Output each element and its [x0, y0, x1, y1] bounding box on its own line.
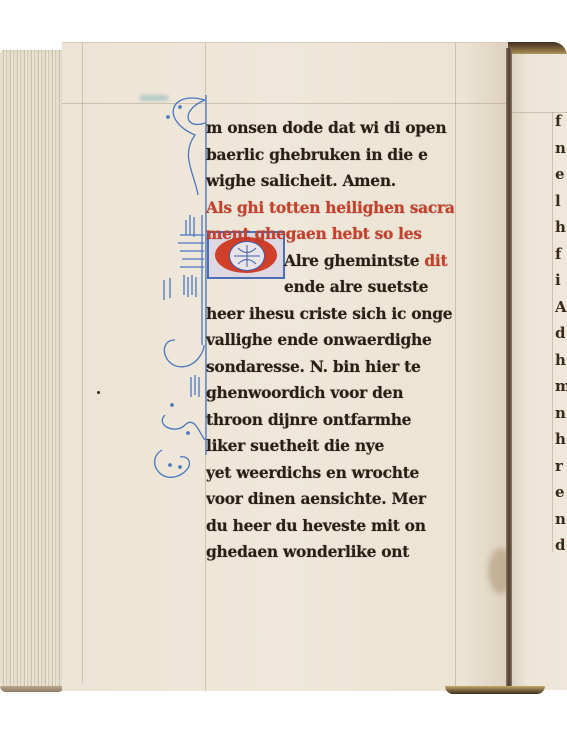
right-page-text-fragments: f n e l h f i A d h m n h r e n d — [555, 108, 567, 559]
text-line: du heer du heveste mit on — [206, 513, 454, 540]
ruling-line — [62, 103, 508, 104]
text-line: ghenwoordich voor den — [206, 380, 454, 407]
text-line: wighe salicheit. Amen. — [206, 168, 454, 195]
text-line: ende alre suetste — [206, 274, 454, 301]
text-line: yet weerdichs en wrochte — [206, 460, 454, 487]
text-line: ghedaen wonderlike ont — [206, 539, 454, 566]
penwork-flourish — [150, 95, 210, 495]
text-line: liker suetheit die nye — [206, 433, 454, 460]
text-line: voor dinen aensichte. Mer — [206, 486, 454, 513]
text-line: vallighe ende onwaerdighe — [206, 327, 454, 354]
ruling-line — [455, 43, 456, 691]
open-manuscript: m onsen dode dat wi di open baerlic gheb… — [0, 0, 567, 736]
text-line: heer ihesu criste sich ic onge — [206, 301, 454, 328]
rubric-line: Als ghi totten heilighen sacra — [206, 195, 454, 222]
ruling-line — [552, 112, 553, 552]
text-line: m onsen dode dat wi di open — [206, 115, 454, 142]
text-line: throon dijnre ontfarmhe — [206, 407, 454, 434]
text-line: sondaresse. N. bin hier te — [206, 354, 454, 381]
ink-speck — [97, 391, 100, 394]
text-line: baerlic ghebruken in die e — [206, 142, 454, 169]
binding-bottom-edge — [445, 686, 545, 694]
rubric-line: ment ghegaen hebt so les — [206, 221, 454, 248]
ruling-line — [82, 43, 83, 683]
text-line: Alre ghemintste dit — [206, 248, 454, 275]
rubric-word: dit — [424, 251, 447, 270]
manuscript-text-block: m onsen dode dat wi di open baerlic gheb… — [206, 115, 454, 566]
text-line-main: Alre ghemintste — [284, 251, 419, 270]
page-edges-stack — [0, 50, 64, 688]
